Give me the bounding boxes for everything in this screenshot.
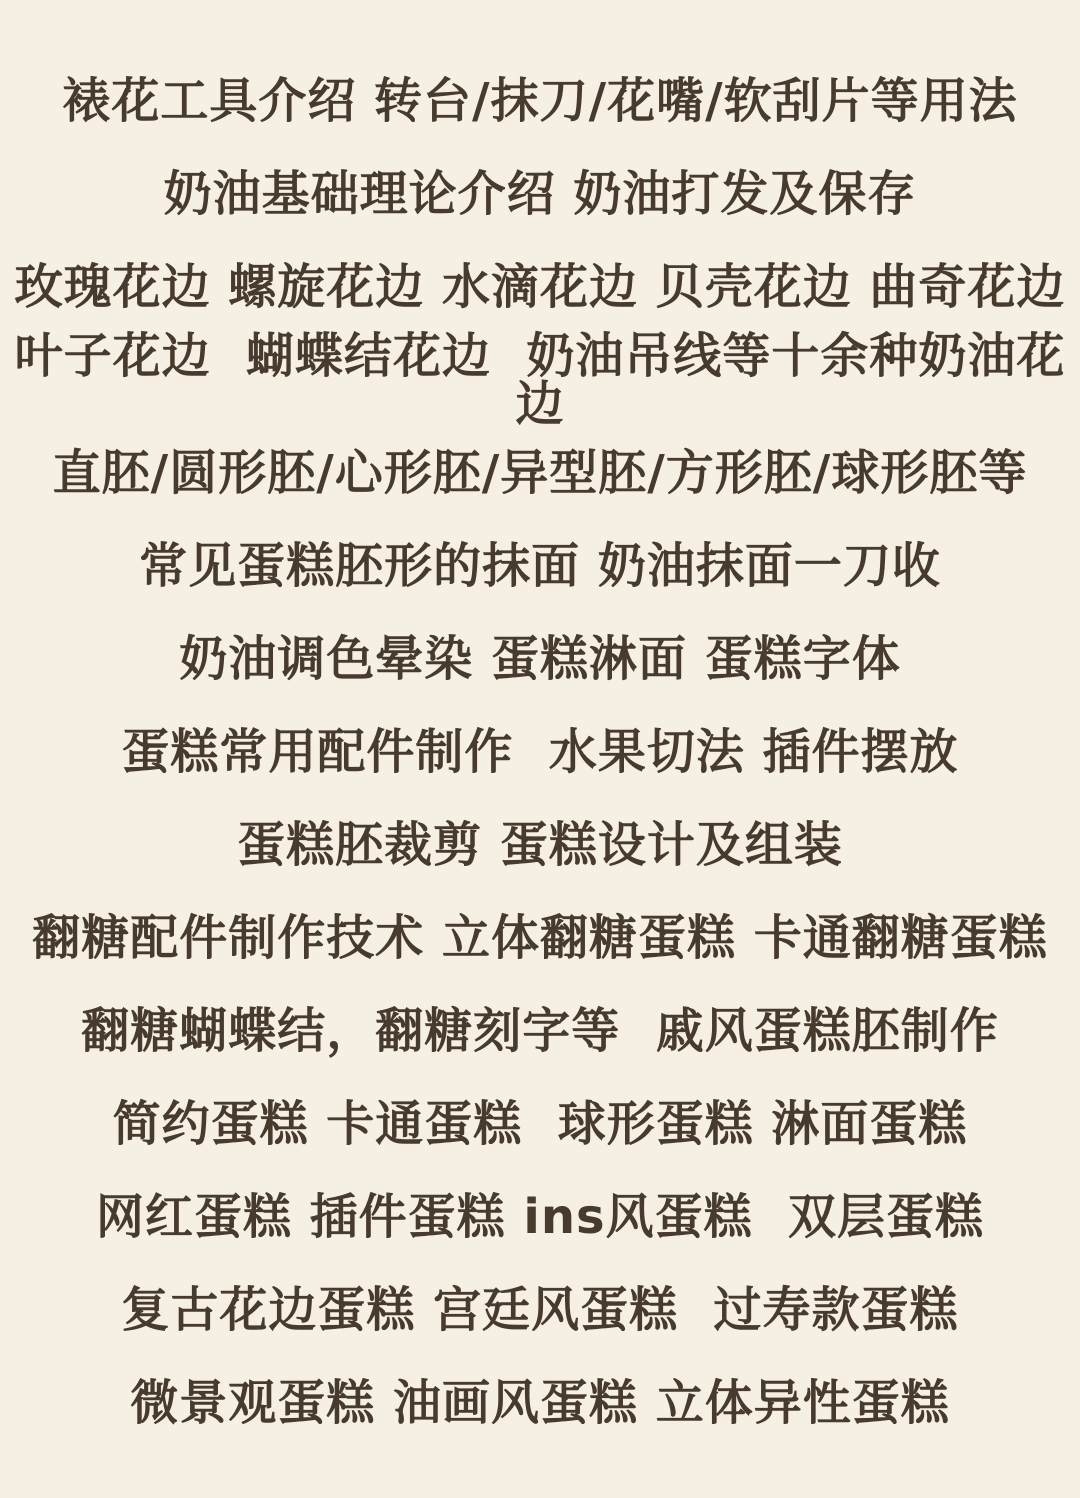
course-line-cutting-assembly: 蛋糕胚裁剪 蛋糕设计及组装 [10, 798, 1070, 891]
course-line-frosting: 常见蛋糕胚形的抹面 奶油抹面一刀收 [10, 519, 1070, 612]
course-line-fondant-1: 翻糖配件制作技术 立体翻糖蛋糕 卡通翻糖蛋糕 [10, 891, 1070, 984]
course-line-cream-basics: 奶油基础理论介绍 奶油打发及保存 [10, 147, 1070, 240]
course-outline-list: 裱花工具介绍 转台/抹刀/花嘴/软刮片等用法 奶油基础理论介绍 奶油打发及保存 … [0, 0, 1080, 1498]
course-line-cake-bases: 直胚/圆形胚/心形胚/异型胚/方形胚/球形胚等 [10, 426, 1070, 519]
course-line-coloring: 奶油调色晕染 蛋糕淋面 蛋糕字体 [10, 612, 1070, 705]
course-outline-page: 裱花工具介绍 转台/抹刀/花嘴/软刮片等用法 奶油基础理论介绍 奶油打发及保存 … [0, 0, 1080, 1498]
course-line-borders-2: 叶子花边 蝴蝶结花边 奶油吊线等十余种奶油花边 [10, 333, 1070, 426]
course-line-cake-styles-2: 网红蛋糕 插件蛋糕 ins风蛋糕 双层蛋糕 [10, 1170, 1070, 1263]
course-line-fondant-2: 翻糖蝴蝶结，翻糖刻字等 戚风蛋糕胚制作 [10, 984, 1070, 1077]
course-line-borders-1: 玫瑰花边 螺旋花边 水滴花边 贝壳花边 曲奇花边 [10, 240, 1070, 333]
course-line-cake-styles-3: 复古花边蛋糕 宫廷风蛋糕 过寿款蛋糕 [10, 1263, 1070, 1356]
course-line-cake-styles-4: 微景观蛋糕 油画风蛋糕 立体异性蛋糕 [10, 1356, 1070, 1449]
course-line-accessories: 蛋糕常用配件制作 水果切法 插件摆放 [10, 705, 1070, 798]
course-line-tools: 裱花工具介绍 转台/抹刀/花嘴/软刮片等用法 [10, 54, 1070, 147]
course-line-cake-styles-1: 简约蛋糕 卡通蛋糕 球形蛋糕 淋面蛋糕 [10, 1077, 1070, 1170]
